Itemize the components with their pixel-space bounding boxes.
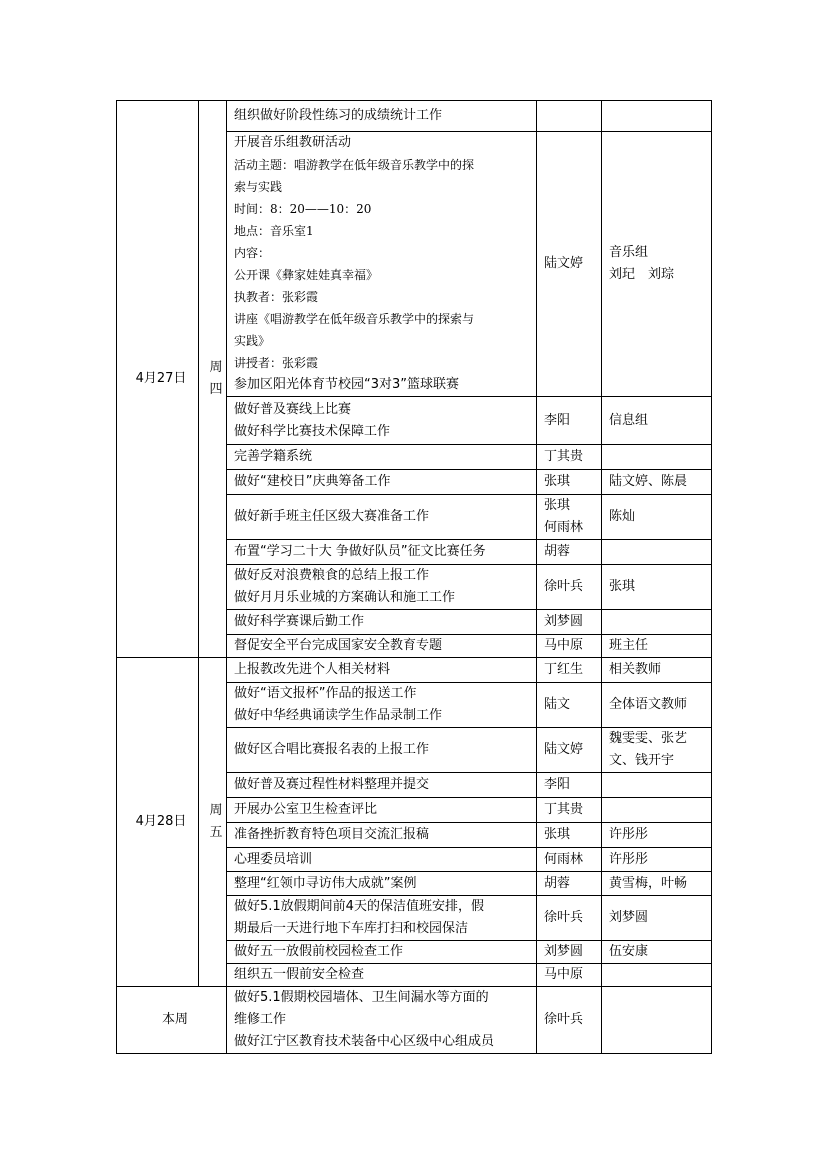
cell-line: 全体语文教师	[609, 694, 711, 716]
task-cell: 做好“建校日”庆典筹备工作	[227, 470, 537, 495]
task-line: 上报教改先进个人相关材料	[234, 659, 536, 681]
collaborator-cell	[602, 445, 712, 470]
task-line: 做好5.1放假期间前4天的保洁值班安排，假	[234, 896, 536, 918]
collaborator-cell: 全体语文教师	[602, 683, 712, 728]
task-cell: 督促安全平台完成国家安全教育专题	[227, 635, 537, 658]
cell-line: 音乐组	[609, 242, 711, 264]
task-line: 做好区合唱比赛报名表的上报工作	[234, 739, 536, 761]
cell-line: 马中原	[544, 635, 601, 657]
task-cell: 开展音乐组教研活动活动主题：唱游教学在低年级音乐教学中的探索与实践时间：8：20…	[227, 132, 537, 397]
task-line: 做好科学赛课后勤工作	[234, 611, 536, 633]
cell-line: 胡蓉	[544, 541, 601, 563]
task-cell: 心理委员培训	[227, 848, 537, 872]
owner-cell	[537, 101, 602, 132]
task-cell: 做好新手班主任区级大赛准备工作	[227, 495, 537, 540]
owner-cell: 胡蓉	[537, 540, 602, 565]
task-cell: 做好“语文报杯”作品的报送工作做好中华经典诵读学生作品录制工作	[227, 683, 537, 728]
collaborator-cell: 张琪	[602, 565, 712, 610]
table-row: 4月27日周四组织做好阶段性练习的成绩统计工作	[117, 101, 712, 132]
week-label-cell: 本周	[117, 987, 227, 1054]
task-line: 期最后一天进行地下车库打扫和校园保洁	[234, 918, 536, 940]
weekday-cell: 周四	[199, 101, 227, 658]
owner-cell: 李阳	[537, 773, 602, 798]
task-cell: 上报教改先进个人相关材料	[227, 658, 537, 683]
collaborator-cell	[602, 987, 712, 1054]
owner-cell: 陆文婷	[537, 728, 602, 773]
task-line: 开展音乐组教研活动	[234, 132, 536, 154]
owner-cell: 刘梦圆	[537, 610, 602, 635]
task-cell: 做好普及赛线上比赛做好科学比赛技术保障工作	[227, 397, 537, 445]
task-line: 参加区阳光体育节校园“3对3”篮球联赛	[234, 374, 536, 396]
collaborator-cell: 刘梦圆	[602, 896, 712, 941]
task-line: 整理“红领巾寻访伟大成就”案例	[234, 873, 536, 895]
task-line: 做好“建校日”庆典筹备工作	[234, 471, 536, 493]
week-row: 本周做好5.1假期校园墙体、卫生间漏水等方面的维修工作做好江宁区教育技术装备中心…	[117, 987, 712, 1054]
task-line: 督促安全平台完成国家安全教育专题	[234, 635, 536, 657]
cell-line: 陆文	[544, 694, 601, 716]
task-line: 做好“语文报杯”作品的报送工作	[234, 683, 536, 705]
owner-cell: 丁其贵	[537, 798, 602, 823]
task-line: 地点：音乐室1	[234, 220, 536, 242]
task-cell: 做好五一放假前校园检查工作	[227, 941, 537, 964]
cell-line: 刘梦圆	[544, 611, 601, 633]
task-cell: 做好普及赛过程性材料整理并提交	[227, 773, 537, 798]
cell-line: 周	[206, 800, 226, 822]
task-line: 心理委员培训	[234, 849, 536, 871]
cell-line: 胡蓉	[544, 873, 601, 895]
cell-line: 徐叶兵	[544, 907, 601, 929]
cell-line: 黄雪梅，叶畅	[609, 873, 711, 895]
date-cell: 4月28日	[117, 658, 199, 987]
task-line: 公开课《彝家娃娃真幸福》	[234, 264, 536, 286]
cell-line: 刘梦圆	[544, 941, 601, 963]
cell-line: 刘梦圆	[609, 907, 711, 929]
task-line: 做好普及赛线上比赛	[234, 399, 536, 421]
task-line: 讲授者：张彩霞	[234, 352, 536, 374]
task-line: 组织做好阶段性练习的成绩统计工作	[234, 105, 536, 127]
cell-line: 信息组	[609, 410, 711, 432]
task-line: 做好五一放假前校园检查工作	[234, 941, 536, 963]
owner-cell: 徐叶兵	[537, 987, 602, 1054]
cell-line: 何雨林	[544, 517, 601, 539]
owner-cell: 徐叶兵	[537, 565, 602, 610]
collaborator-cell	[602, 964, 712, 987]
task-cell: 做好反对浪费粮食的总结上报工作做好月月乐业城的方案确认和施工工作	[227, 565, 537, 610]
collaborator-cell: 黄雪梅，叶畅	[602, 872, 712, 896]
task-line: 做好科学比赛技术保障工作	[234, 421, 536, 443]
cell-line: 相关教师	[609, 659, 711, 681]
table-row: 4月28日周五上报教改先进个人相关材料丁红生相关教师	[117, 658, 712, 683]
owner-cell: 张琪	[537, 470, 602, 495]
collaborator-cell: 信息组	[602, 397, 712, 445]
date-cell: 4月27日	[117, 101, 199, 658]
schedule-body: 4月27日周四组织做好阶段性练习的成绩统计工作开展音乐组教研活动活动主题：唱游教…	[117, 101, 712, 1054]
owner-cell: 刘梦圆	[537, 941, 602, 964]
task-cell: 做好5.1放假期间前4天的保洁值班安排，假期最后一天进行地下车库打扫和校园保洁	[227, 896, 537, 941]
cell-line: 陈灿	[609, 506, 711, 528]
cell-line: 四	[206, 379, 226, 401]
cell-line: 丁红生	[544, 659, 601, 681]
task-line: 组织五一假前安全检查	[234, 964, 536, 986]
owner-cell: 陆文	[537, 683, 602, 728]
cell-line: 李阳	[544, 410, 601, 432]
task-line: 做好中华经典诵读学生作品录制工作	[234, 705, 536, 727]
cell-line: 陆文婷	[544, 253, 601, 275]
cell-line: 做好江宁区教育技术装备中心区级中心组成员	[234, 1031, 536, 1053]
cell-line: 班主任	[609, 635, 711, 657]
collaborator-cell	[602, 798, 712, 823]
task-cell: 组织五一假前安全检查	[227, 964, 537, 987]
owner-cell: 马中原	[537, 964, 602, 987]
collaborator-cell: 许彤彤	[602, 823, 712, 848]
collaborator-cell: 伍安康	[602, 941, 712, 964]
collaborator-cell: 音乐组刘玘 刘琮	[602, 132, 712, 397]
owner-cell: 丁其贵	[537, 445, 602, 470]
cell-line: 五	[206, 822, 226, 844]
task-cell: 准备挫折教育特色项目交流汇报稿	[227, 823, 537, 848]
task-cell: 整理“红领巾寻访伟大成就”案例	[227, 872, 537, 896]
cell-line: 做好5.1假期校园墙体、卫生间漏水等方面的	[234, 987, 536, 1009]
cell-line: 张琪	[544, 495, 601, 517]
cell-line: 刘玘 刘琮	[609, 264, 711, 286]
task-cell: 组织做好阶段性练习的成绩统计工作	[227, 101, 537, 132]
task-line: 实践》	[234, 330, 536, 352]
cell-line: 马中原	[544, 964, 601, 986]
task-line: 准备挫折教育特色项目交流汇报稿	[234, 824, 536, 846]
cell-line: 丁其贵	[544, 446, 601, 468]
cell-line: 魏雯雯、张艺	[609, 728, 711, 750]
owner-cell: 张琪	[537, 823, 602, 848]
collaborator-cell: 陈灿	[602, 495, 712, 540]
cell-line: 张琪	[544, 824, 601, 846]
cell-line: 维修工作	[234, 1009, 536, 1031]
cell-line: 陆文婷	[544, 739, 601, 761]
task-line: 做好月月乐业城的方案确认和施工工作	[234, 587, 536, 609]
task-cell: 做好区合唱比赛报名表的上报工作	[227, 728, 537, 773]
task-cell: 做好5.1假期校园墙体、卫生间漏水等方面的维修工作做好江宁区教育技术装备中心区级…	[227, 987, 537, 1054]
collaborator-cell: 许彤彤	[602, 848, 712, 872]
task-cell: 做好科学赛课后勤工作	[227, 610, 537, 635]
collaborator-cell	[602, 610, 712, 635]
owner-cell: 何雨林	[537, 848, 602, 872]
collaborator-cell	[602, 101, 712, 132]
collaborator-cell: 陆文婷、陈晨	[602, 470, 712, 495]
task-line: 讲座《唱游教学在低年级音乐教学中的探索与	[234, 308, 536, 330]
owner-cell: 李阳	[537, 397, 602, 445]
task-line: 开展办公室卫生检查评比	[234, 799, 536, 821]
task-line: 索与实践	[234, 176, 536, 198]
task-line: 执教者：张彩霞	[234, 286, 536, 308]
cell-line: 何雨林	[544, 849, 601, 871]
cell-line: 徐叶兵	[544, 576, 601, 598]
task-line: 完善学籍系统	[234, 446, 536, 468]
task-cell: 开展办公室卫生检查评比	[227, 798, 537, 823]
collaborator-cell: 相关教师	[602, 658, 712, 683]
task-cell: 完善学籍系统	[227, 445, 537, 470]
task-line: 内容：	[234, 242, 536, 264]
cell-line: 李阳	[544, 774, 601, 796]
collaborator-cell	[602, 540, 712, 565]
task-line: 做好新手班主任区级大赛准备工作	[234, 506, 536, 528]
owner-cell: 丁红生	[537, 658, 602, 683]
cell-line: 许彤彤	[609, 824, 711, 846]
owner-cell: 张琪何雨林	[537, 495, 602, 540]
cell-line: 周	[206, 357, 226, 379]
task-line: 时间：8：20——10：20	[234, 198, 536, 220]
owner-cell: 徐叶兵	[537, 896, 602, 941]
cell-line: 文、钱开宇	[609, 750, 711, 772]
task-line: 布置“学习二十大 争做好队员”征文比赛任务	[234, 541, 536, 563]
cell-line: 陆文婷、陈晨	[609, 471, 711, 493]
owner-cell: 马中原	[537, 635, 602, 658]
collaborator-cell: 魏雯雯、张艺文、钱开宇	[602, 728, 712, 773]
cell-line: 徐叶兵	[544, 1009, 601, 1031]
task-line: 做好普及赛过程性材料整理并提交	[234, 774, 536, 796]
cell-line: 张琪	[609, 576, 711, 598]
task-line: 活动主题：唱游教学在低年级音乐教学中的探	[234, 154, 536, 176]
cell-line: 张琪	[544, 471, 601, 493]
collaborator-cell	[602, 773, 712, 798]
cell-line: 丁其贵	[544, 799, 601, 821]
owner-cell: 胡蓉	[537, 872, 602, 896]
weekday-cell: 周五	[199, 658, 227, 987]
collaborator-cell: 班主任	[602, 635, 712, 658]
cell-line: 伍安康	[609, 941, 711, 963]
task-cell: 布置“学习二十大 争做好队员”征文比赛任务	[227, 540, 537, 565]
owner-cell: 陆文婷	[537, 132, 602, 397]
task-line: 做好反对浪费粮食的总结上报工作	[234, 565, 536, 587]
cell-line: 许彤彤	[609, 849, 711, 871]
weekly-schedule-table: 4月27日周四组织做好阶段性练习的成绩统计工作开展音乐组教研活动活动主题：唱游教…	[116, 100, 712, 1054]
